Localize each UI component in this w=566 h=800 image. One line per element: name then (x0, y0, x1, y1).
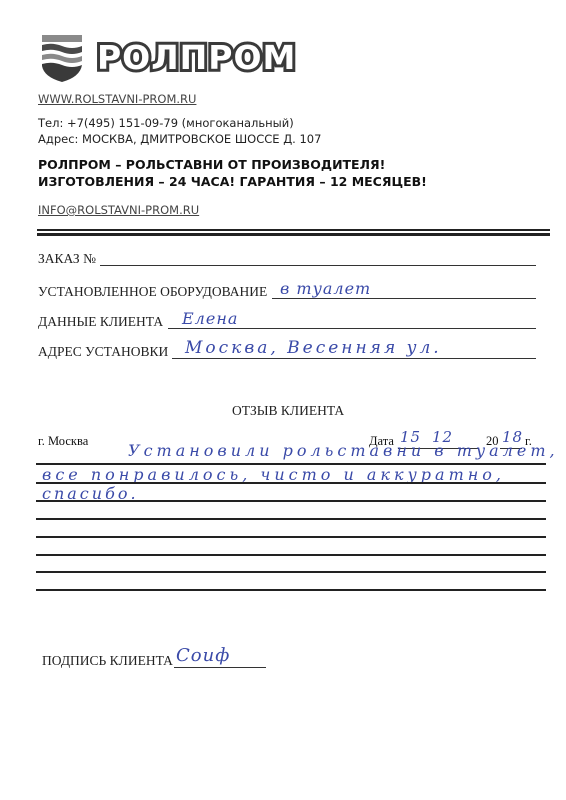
client-field[interactable] (168, 328, 536, 329)
install-address-label: АДРЕС УСТАНОВКИ (38, 344, 168, 360)
header-divider-bottom (37, 233, 550, 236)
review-text-line-1: Установили рольставни в туалет, (128, 441, 559, 460)
review-title: ОТЗЫВ КЛИЕНТА (232, 403, 344, 419)
review-line-7[interactable] (36, 571, 546, 573)
website-link[interactable]: WWW.ROLSTAVNI-PROM.RU (38, 92, 196, 106)
wave-shield-logo-icon (40, 33, 84, 83)
slogan-line-1: РОЛПРОМ – РОЛЬСТАВНИ ОТ ПРОИЗВОДИТЕЛЯ! (38, 157, 385, 172)
order-field[interactable] (100, 265, 536, 266)
review-line-6[interactable] (36, 554, 546, 556)
slogan-line-2: ИЗГОТОВЛЕНИЯ – 24 ЧАСА! ГАРАНТИЯ – 12 МЕ… (38, 174, 427, 189)
equipment-value: в туалет (280, 279, 371, 298)
signature-field[interactable] (174, 667, 266, 668)
signature-value: Соиф (176, 645, 230, 666)
client-value: Елена (182, 309, 238, 328)
install-address-field[interactable] (172, 358, 536, 359)
order-label: ЗАКАЗ № (38, 251, 96, 267)
equipment-label: УСТАНОВЛЕННОЕ ОБОРУДОВАНИЕ (38, 284, 267, 300)
review-line-3[interactable] (36, 500, 546, 502)
address-text: Адрес: МОСКВА, ДМИТРОВСКОЕ ШОССЕ Д. 107 (38, 132, 321, 146)
review-line-4[interactable] (36, 518, 546, 520)
equipment-field[interactable] (272, 298, 536, 299)
review-line-5[interactable] (36, 536, 546, 538)
review-line-8[interactable] (36, 589, 546, 591)
header-divider-top (37, 229, 550, 231)
city-label: г. Москва (38, 434, 88, 449)
signature-label: ПОДПИСЬ КЛИЕНТА (42, 653, 173, 669)
phone-text: Тел: +7(495) 151-09-79 (многоканальный) (38, 116, 294, 130)
email-link[interactable]: INFO@ROLSTAVNI-PROM.RU (38, 203, 199, 217)
brand-name: РОЛПРОМ (97, 38, 296, 77)
client-label: ДАННЫЕ КЛИЕНТА (38, 314, 163, 330)
install-address-value: Москва, Весенняя ул. (185, 338, 442, 358)
